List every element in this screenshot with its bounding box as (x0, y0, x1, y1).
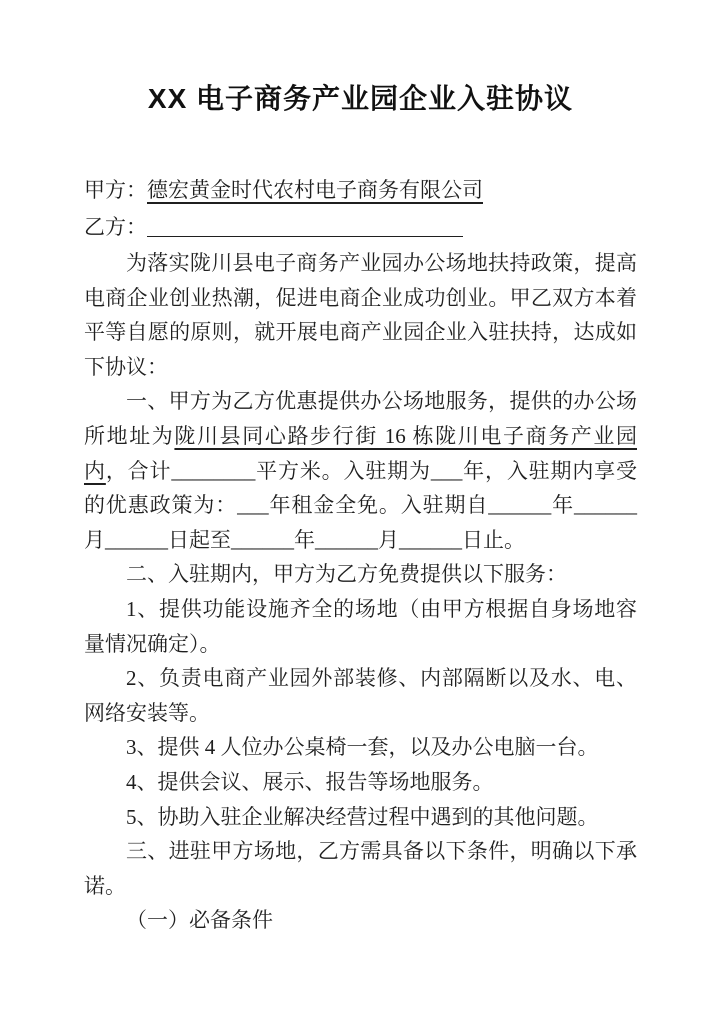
preamble-paragraph: 为落实陇川县电子商务产业园办公场地扶持政策，提高电商企业创业热潮，促进电商企业成… (84, 246, 637, 384)
clause-2-paragraph: 二、入驻期内，甲方为乙方免费提供以下服务： (84, 557, 637, 592)
service-item-5: 5、协助入驻企业解决经营过程中遇到的其他问题。 (84, 800, 637, 835)
party-a-line: 甲方：德宏黄金时代农村电子商务有限公司 (84, 172, 637, 209)
party-a-label: 甲方： (84, 178, 147, 202)
party-b-label: 乙方： (84, 215, 147, 239)
service-item-4: 4、提供会议、展示、报告等场地服务。 (84, 765, 637, 800)
party-b-blank-line (147, 215, 463, 237)
clause-1-terms-text: ，合计________平方米。入驻期为___年，入驻期内享受的优惠政策为：___… (84, 459, 637, 552)
section-1-heading: （一）必备条件 (84, 903, 637, 938)
document-page: XX 电子商务产业园企业入驻协议 甲方：德宏黄金时代农村电子商务有限公司 乙方：… (0, 0, 720, 1017)
service-item-2: 2、负责电商产业园外部装修、内部隔断以及水、电、网络安装等。 (84, 661, 637, 730)
party-b-line: 乙方： (84, 209, 637, 246)
party-a-value: 德宏黄金时代农村电子商务有限公司 (147, 178, 483, 202)
service-item-1: 1、提供功能设施齐全的场地（由甲方根据自身场地容量情况确定）。 (84, 592, 637, 661)
clause-3-paragraph: 三、进驻甲方场地，乙方需具备以下条件，明确以下承诺。 (84, 834, 637, 903)
clause-1-paragraph: 一、甲方为乙方优惠提供办公场地服务，提供的办公场所地址为陇川县同心路步行街 16… (84, 384, 637, 557)
document-title: XX 电子商务产业园企业入驻协议 (84, 78, 637, 120)
service-item-3: 3、提供 4 人位办公桌椅一套，以及办公电脑一台。 (84, 730, 637, 765)
